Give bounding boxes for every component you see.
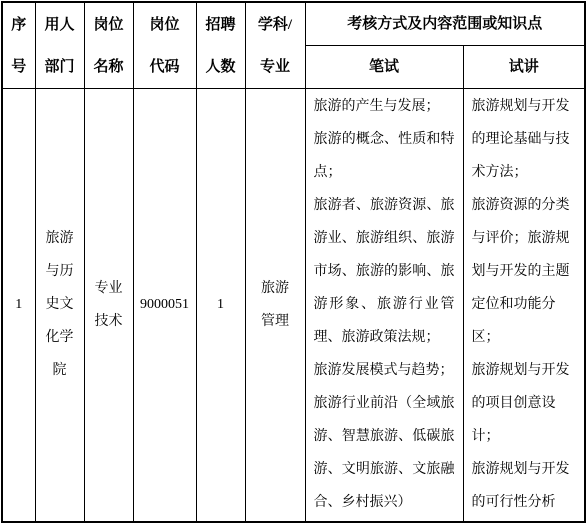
header-department: 用人部门 xyxy=(35,2,84,89)
cell-recruit-count: 1 xyxy=(196,89,245,522)
cell-serial-number: 1 xyxy=(2,89,35,522)
header-major-label: 学科/专业 xyxy=(255,4,295,88)
cell-trial-lecture-content: 旅游规划与开发的理论基础与技术方法；旅游资源的分类与评价；旅游规划与开发的主题定… xyxy=(463,89,585,522)
header-position-name: 岗位名称 xyxy=(84,2,133,89)
cell-department-text: 旅游与历史文化学院 xyxy=(43,222,76,387)
header-position-name-label: 岗位名称 xyxy=(92,4,125,88)
table-row: 1 旅游与历史文化学院 专业技术 9000051 1 旅游管理 旅游的产生与发展… xyxy=(2,89,585,522)
recruitment-position-table: 序号 用人部门 岗位名称 岗位代码 招聘人数 学科/专业 考核方式及内容范围或知… xyxy=(1,1,586,523)
cell-position-name-text: 专业技术 xyxy=(92,272,125,338)
header-assessment: 考核方式及内容范围或知识点 xyxy=(305,2,585,46)
written-test-points: 旅游的产生与发展；旅游的概念、性质和特点；旅游者、旅游资源、旅游业、旅游组织、旅… xyxy=(306,90,463,519)
header-serial-number-label: 序号 xyxy=(10,4,27,88)
cell-position-name: 专业技术 xyxy=(84,89,133,522)
cell-written-test-content: 旅游的产生与发展；旅游的概念、性质和特点；旅游者、旅游资源、旅游业、旅游组织、旅… xyxy=(305,89,463,522)
table-header-row-1: 序号 用人部门 岗位名称 岗位代码 招聘人数 学科/专业 考核方式及内容范围或知… xyxy=(2,2,585,46)
header-written-test: 笔试 xyxy=(305,46,463,89)
content-paragraph: 旅游行业前沿（全域旅游、智慧旅游、低碳旅游、文明旅游、文旅融合、乡村振兴） xyxy=(314,387,455,519)
cell-department: 旅游与历史文化学院 xyxy=(35,89,84,522)
content-paragraph: 旅游资源的分类与评价；旅游规划与开发的主题定位和功能分区； xyxy=(472,189,577,354)
header-major: 学科/专业 xyxy=(245,2,305,89)
header-position-code: 岗位代码 xyxy=(133,2,196,89)
cell-major: 旅游管理 xyxy=(245,89,305,522)
header-trial-lecture: 试讲 xyxy=(463,46,585,89)
content-paragraph: 旅游规划与开发的理论基础与技术方法； xyxy=(472,90,577,189)
content-paragraph: 旅游发展模式与趋势； xyxy=(314,354,455,387)
content-paragraph: 旅游的概念、性质和特点； xyxy=(314,123,455,189)
header-position-code-label: 岗位代码 xyxy=(148,4,181,88)
header-recruit-count-label: 招聘人数 xyxy=(204,4,237,88)
cell-major-text: 旅游管理 xyxy=(259,272,292,338)
header-recruit-count: 招聘人数 xyxy=(196,2,245,89)
trial-lecture-points: 旅游规划与开发的理论基础与技术方法；旅游资源的分类与评价；旅游规划与开发的主题定… xyxy=(464,90,585,519)
content-paragraph: 旅游规划与开发的可行性分析 xyxy=(472,453,577,519)
header-department-label: 用人部门 xyxy=(43,4,76,88)
content-paragraph: 旅游者、旅游资源、旅游业、旅游组织、旅游市场、旅游的影响、旅游形象、旅游行业管理… xyxy=(314,189,455,354)
cell-position-code: 9000051 xyxy=(133,89,196,522)
header-serial-number: 序号 xyxy=(2,2,35,89)
content-paragraph: 旅游规划与开发的项目创意设计； xyxy=(472,354,577,453)
content-paragraph: 旅游的产生与发展； xyxy=(314,90,455,123)
